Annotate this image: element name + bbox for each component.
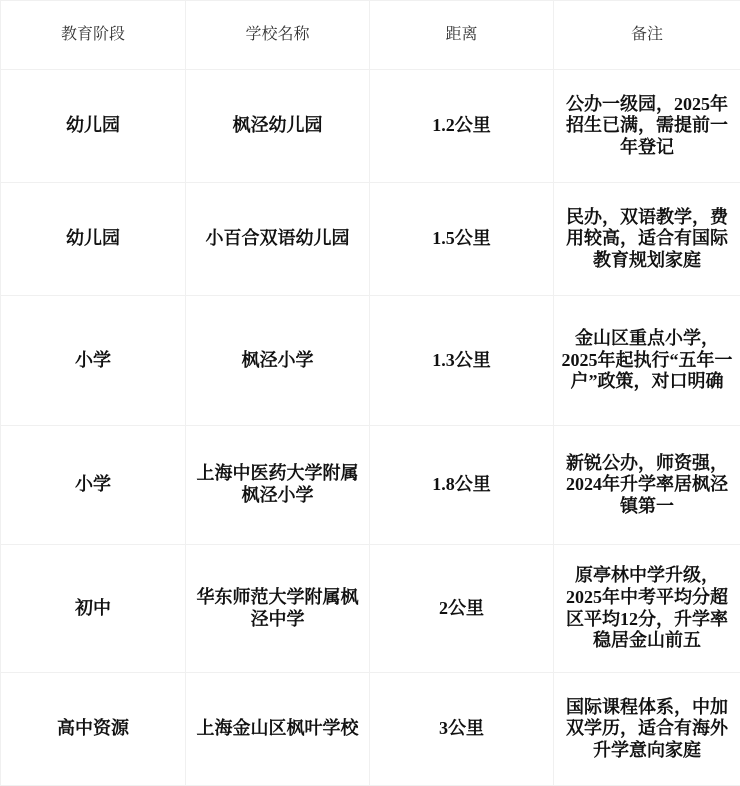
cell-distance: 2公里 [370, 545, 554, 673]
cell-school: 枫泾幼儿园 [186, 70, 370, 183]
table-header: 教育阶段 学校名称 距离 备注 [1, 1, 740, 70]
cell-school: 小百合双语幼儿园 [186, 183, 370, 296]
cell-stage: 小学 [1, 296, 186, 426]
cell-distance: 1.5公里 [370, 183, 554, 296]
cell-note: 民办，双语教学，费用较高，适合有国际教育规划家庭 [554, 183, 740, 296]
cell-stage: 高中资源 [1, 673, 186, 786]
cell-stage: 幼儿园 [1, 70, 186, 183]
header-row: 教育阶段 学校名称 距离 备注 [1, 1, 740, 70]
cell-distance: 3公里 [370, 673, 554, 786]
cell-school: 上海中医药大学附属枫泾小学 [186, 426, 370, 545]
table-row: 初中 华东师范大学附属枫泾中学 2公里 原亭林中学升级，2025年中考平均分超区… [1, 545, 740, 673]
cell-stage: 初中 [1, 545, 186, 673]
column-header-stage: 教育阶段 [1, 1, 186, 70]
cell-distance: 1.8公里 [370, 426, 554, 545]
cell-note: 公办一级园，2025年招生已满，需提前一年登记 [554, 70, 740, 183]
cell-school: 上海金山区枫叶学校 [186, 673, 370, 786]
school-info-table: 教育阶段 学校名称 距离 备注 幼儿园 枫泾幼儿园 1.2公里 公办一级园，20… [0, 0, 740, 786]
cell-note: 新锐公办，师资强，2024年升学率居枫泾镇第一 [554, 426, 740, 545]
table-row: 高中资源 上海金山区枫叶学校 3公里 国际课程体系，中加双学历，适合有海外升学意… [1, 673, 740, 786]
cell-distance: 1.3公里 [370, 296, 554, 426]
cell-stage: 幼儿园 [1, 183, 186, 296]
column-header-note: 备注 [554, 1, 740, 70]
cell-distance: 1.2公里 [370, 70, 554, 183]
table-row: 小学 上海中医药大学附属枫泾小学 1.8公里 新锐公办，师资强，2024年升学率… [1, 426, 740, 545]
cell-note: 国际课程体系，中加双学历，适合有海外升学意向家庭 [554, 673, 740, 786]
column-header-distance: 距离 [370, 1, 554, 70]
table-row: 幼儿园 枫泾幼儿园 1.2公里 公办一级园，2025年招生已满，需提前一年登记 [1, 70, 740, 183]
cell-note: 金山区重点小学，2025年起执行“五年一户”政策，对口明确 [554, 296, 740, 426]
column-header-school: 学校名称 [186, 1, 370, 70]
cell-school: 枫泾小学 [186, 296, 370, 426]
table-body: 幼儿园 枫泾幼儿园 1.2公里 公办一级园，2025年招生已满，需提前一年登记 … [1, 70, 740, 786]
cell-note: 原亭林中学升级，2025年中考平均分超区平均12分，升学率稳居金山前五 [554, 545, 740, 673]
table-row: 幼儿园 小百合双语幼儿园 1.5公里 民办，双语教学，费用较高，适合有国际教育规… [1, 183, 740, 296]
cell-school: 华东师范大学附属枫泾中学 [186, 545, 370, 673]
table-row: 小学 枫泾小学 1.3公里 金山区重点小学，2025年起执行“五年一户”政策，对… [1, 296, 740, 426]
cell-stage: 小学 [1, 426, 186, 545]
